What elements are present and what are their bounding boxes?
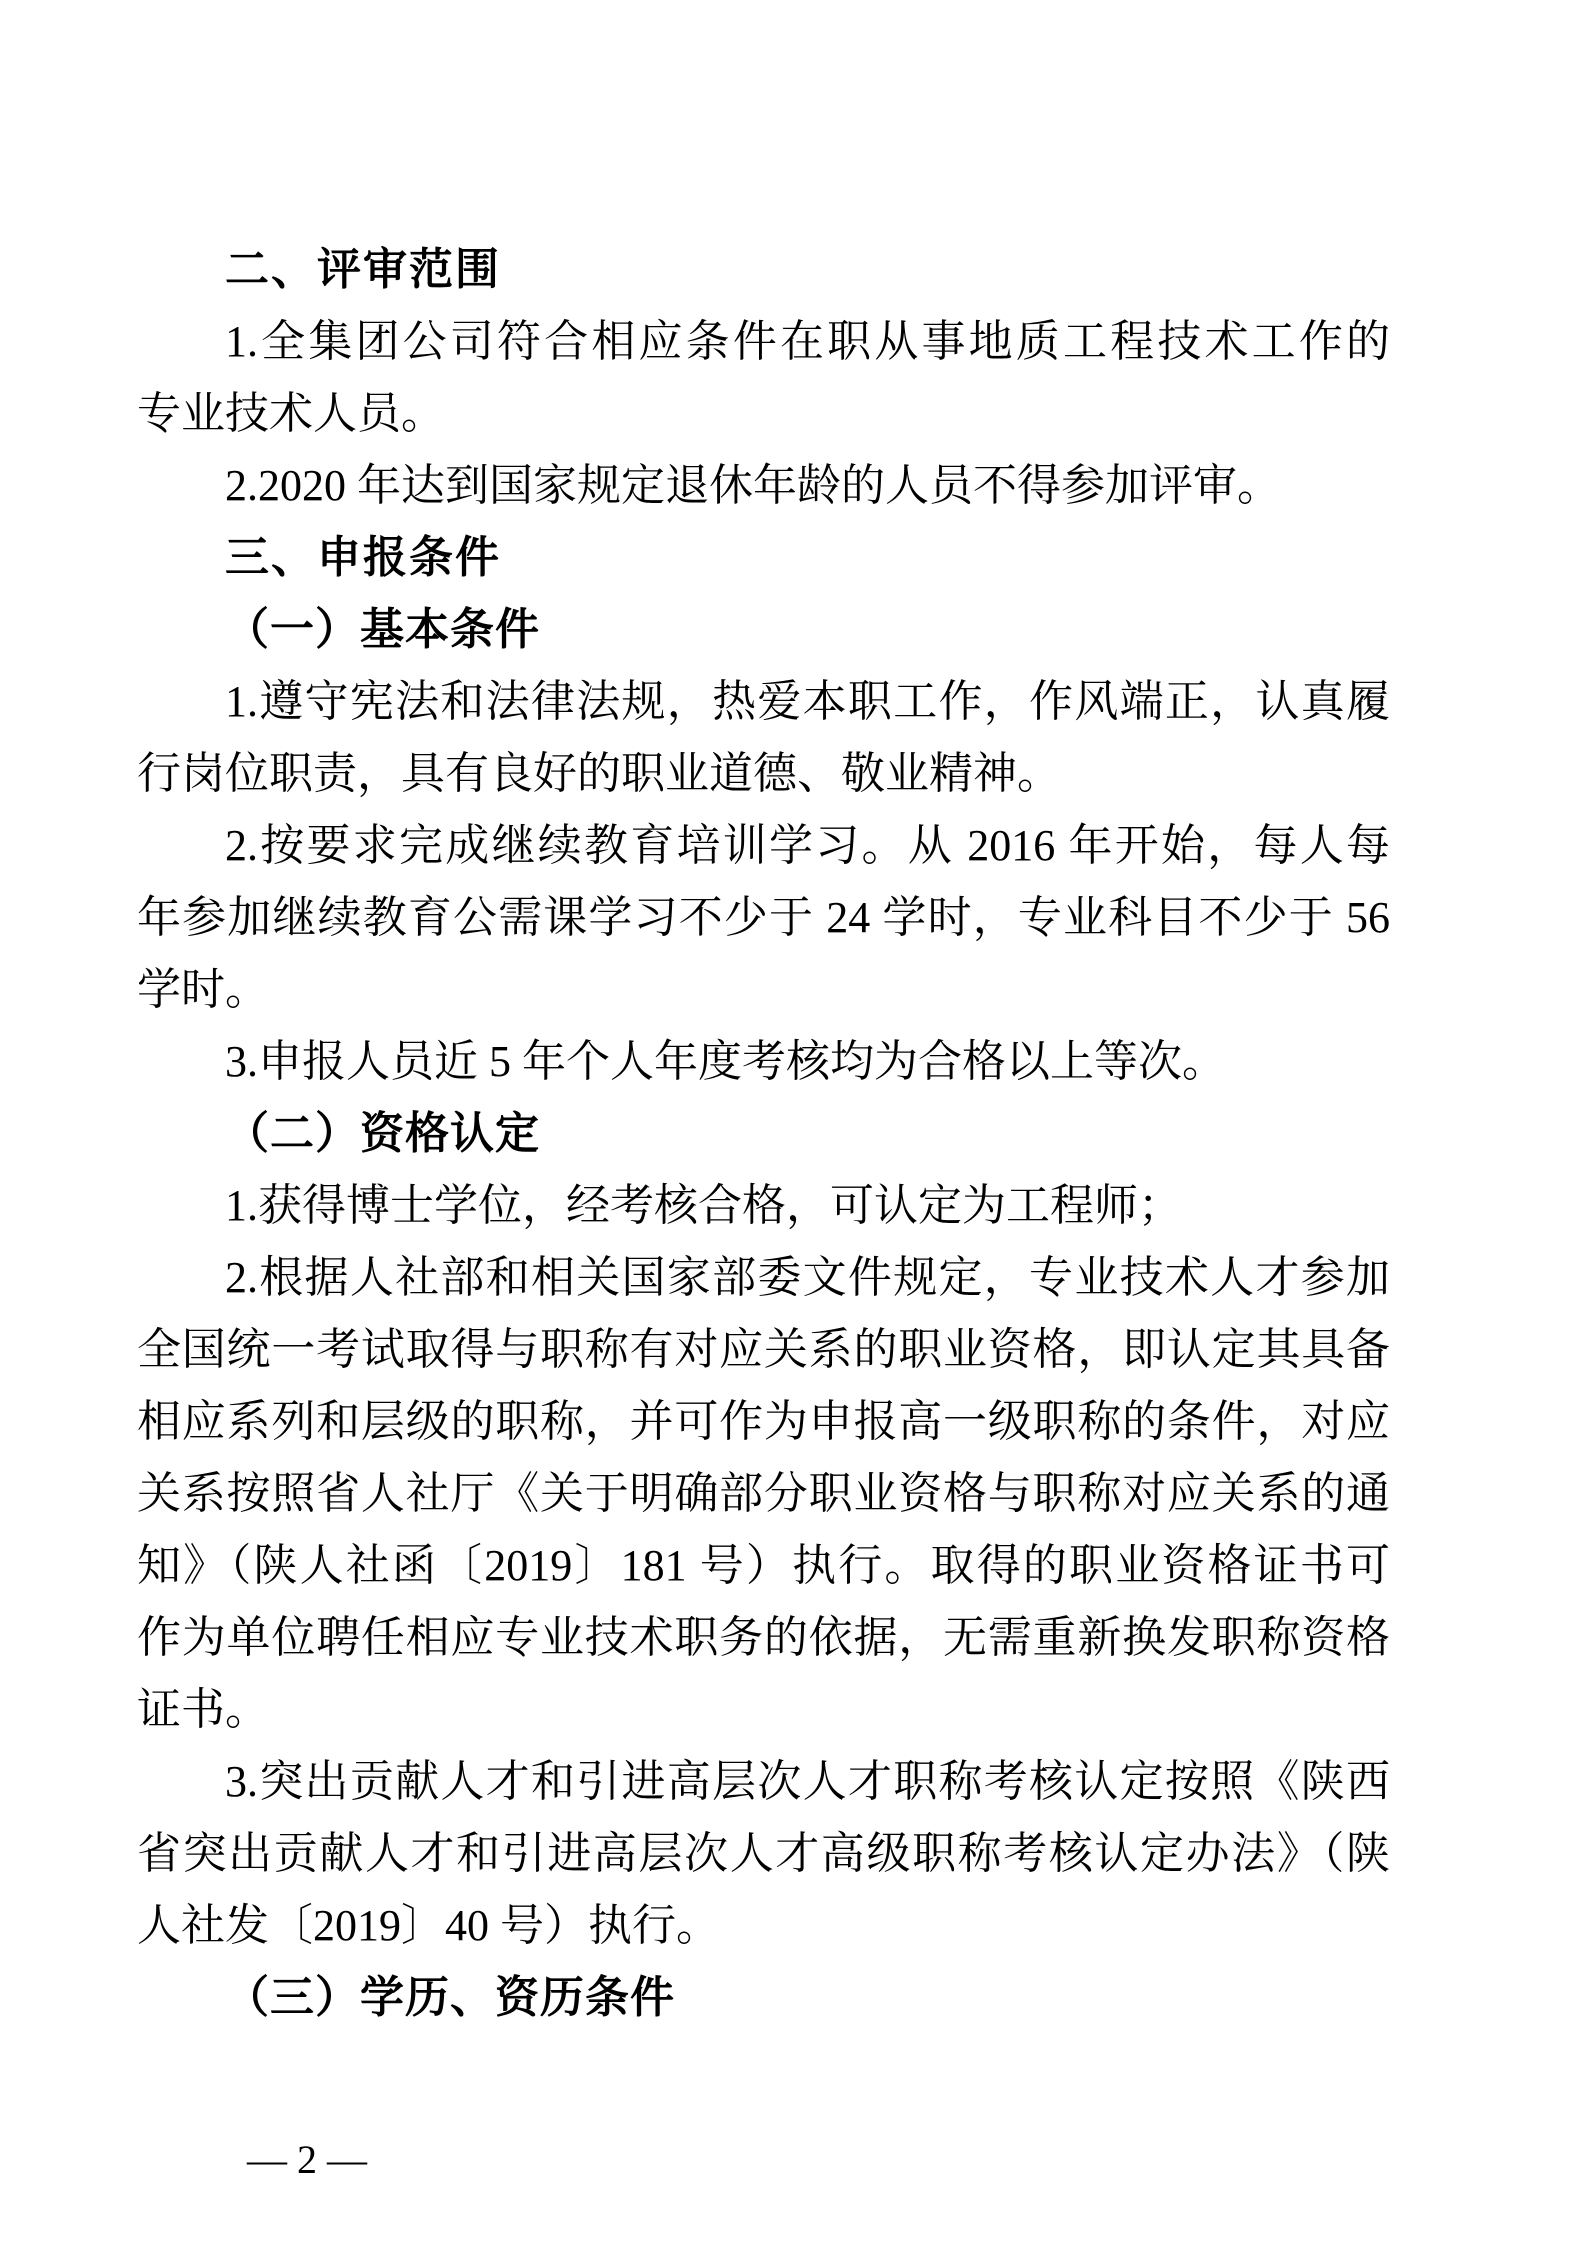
paragraph-line: 3.突出贡献人才和引进高层次人才职称考核认定按照《陕西 [137,1746,1390,1818]
paragraph-line: 省突出贡献人才和引进高层次人才高级职称考核认定办法》（陕 [137,1818,1390,1890]
document-content: 二、评审范围1.全集团公司符合相应条件在职从事地质工程技术工作的专业技术人员。2… [137,234,1390,2124]
section-heading: （二）资格认定 [137,1098,1390,1170]
section-heading: 二、评审范围 [137,234,1390,306]
paragraph-line: 1.遵守宪法和法律法规，热爱本职工作，作风端正，认真履 [137,666,1390,738]
paragraph-line: 1.获得博士学位，经考核合格，可认定为工程师； [137,1170,1390,1242]
paragraph-line: 年参加继续教育公需课学习不少于 24 学时，专业科目不少于 56 [137,882,1390,954]
paragraph-line: 证书。 [137,1674,1390,1746]
paragraph-line: 学时。 [137,954,1390,1026]
paragraph-line: 相应系列和层级的职称，并可作为申报高一级职称的条件，对应 [137,1386,1390,1458]
page-number: — 2 — [247,2137,367,2182]
section-heading: （三）学历、资历条件 [137,1962,1390,2034]
page-footer: — 2 — [187,2052,1390,2124]
paragraph-line: 3.申报人员近 5 年个人年度考核均为合格以上等次。 [137,1026,1390,1098]
paragraph-line: 全国统一考试取得与职称有对应关系的职业资格，即认定其具备 [137,1314,1390,1386]
document-body: 二、评审范围1.全集团公司符合相应条件在职从事地质工程技术工作的专业技术人员。2… [137,234,1390,2034]
paragraph-line: 2.按要求完成继续教育培训学习。从 2016 年开始，每人每 [137,810,1390,882]
section-heading: （一）基本条件 [137,594,1390,666]
paragraph-line: 2.根据人社部和相关国家部委文件规定，专业技术人才参加 [137,1242,1390,1314]
document-page: 二、评审范围1.全集团公司符合相应条件在职从事地质工程技术工作的专业技术人员。2… [0,0,1587,2245]
section-heading: 三、申报条件 [137,522,1390,594]
paragraph-line: 作为单位聘任相应专业技术职务的依据，无需重新换发职称资格 [137,1602,1390,1674]
paragraph-line: 1.全集团公司符合相应条件在职从事地质工程技术工作的 [137,306,1390,378]
paragraph-line: 关系按照省人社厅《关于明确部分职业资格与职称对应关系的通 [137,1458,1390,1530]
paragraph-line: 人社发〔2019〕40 号）执行。 [137,1890,1390,1962]
paragraph-line: 2.2020 年达到国家规定退休年龄的人员不得参加评审。 [137,450,1390,522]
paragraph-line: 行岗位职责，具有良好的职业道德、敬业精神。 [137,738,1390,810]
paragraph-line: 知》（陕人社函〔2019〕181 号）执行。取得的职业资格证书可 [137,1530,1390,1602]
paragraph-line: 专业技术人员。 [137,378,1390,450]
